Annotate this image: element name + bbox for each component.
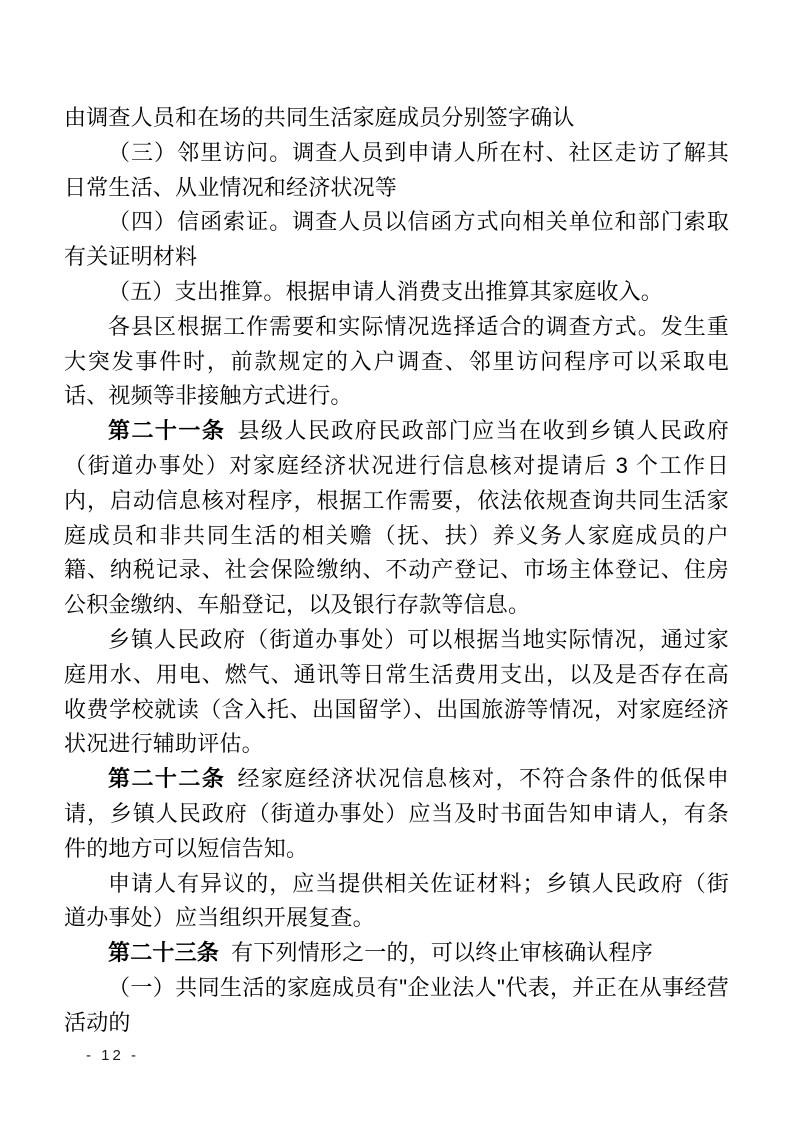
paragraph: 第二十三条有下列情形之一的，可以终止审核确认程序 — [64, 936, 729, 971]
paragraph: （四）信函索证。调查人员以信函方式向相关单位和部门索取有关证明材料 — [64, 205, 729, 275]
paragraph: （一）共同生活的家庭成员有"企业法人"代表，并正在从事经营活动的 — [64, 971, 729, 1041]
paragraph: （五）支出推算。根据申请人消费支出推算其家庭收入。 — [64, 275, 729, 310]
article-number-label: 第二十一条 — [108, 418, 225, 443]
paragraph: 由调查人员和在场的共同生活家庭成员分别签字确认 — [64, 101, 729, 136]
paragraph-text: 有下列情形之一的，可以终止审核确认程序 — [231, 940, 653, 965]
paragraph: 第二十二条经家庭经济状况信息核对，不符合条件的低保申请，乡镇人民政府（街道办事处… — [64, 762, 729, 866]
document-body: 由调查人员和在场的共同生活家庭成员分别签字确认 （三）邻里访问。调查人员到申请人… — [64, 101, 729, 1041]
paragraph-text: （三）邻里访问。调查人员到申请人所在村、社区走访了解其日常生活、从业情况和经济状… — [64, 140, 729, 200]
paragraph-text: 申请人有异议的，应当提供相关佐证材料；乡镇人民政府（街道办事处）应当组织开展复查… — [64, 871, 729, 931]
article-number-label: 第二十二条 — [108, 766, 225, 791]
paragraph-text: 各县区根据工作需要和实际情况选择适合的调查方式。发生重大突发事件时，前款规定的入… — [64, 314, 729, 409]
paragraph-text: （一）共同生活的家庭成员有"企业法人"代表，并正在从事经营活动的 — [64, 975, 729, 1035]
page-number: - 12 - — [86, 1046, 139, 1066]
paragraph-text: 县级人民政府民政部门应当在收到乡镇人民政府（街道办事处）对家庭经济状况进行信息核… — [64, 418, 729, 617]
paragraph-text: 乡镇人民政府（街道办事处）可以根据当地实际情况，通过家庭用水、用电、燃气、通讯等… — [64, 627, 729, 756]
paragraph: 申请人有异议的，应当提供相关佐证材料；乡镇人民政府（街道办事处）应当组织开展复查… — [64, 867, 729, 937]
paragraph: 第二十一条县级人民政府民政部门应当在收到乡镇人民政府（街道办事处）对家庭经济状况… — [64, 414, 729, 623]
paragraph: 乡镇人民政府（街道办事处）可以根据当地实际情况，通过家庭用水、用电、燃气、通讯等… — [64, 623, 729, 762]
paragraph-text: 由调查人员和在场的共同生活家庭成员分别签字确认 — [64, 105, 575, 130]
paragraph: （三）邻里访问。调查人员到申请人所在村、社区走访了解其日常生活、从业情况和经济状… — [64, 136, 729, 206]
document-page: 由调查人员和在场的共同生活家庭成员分别签字确认 （三）邻里访问。调查人员到申请人… — [0, 0, 793, 1122]
paragraph: 各县区根据工作需要和实际情况选择适合的调查方式。发生重大突发事件时，前款规定的入… — [64, 310, 729, 414]
paragraph-text: （四）信函索证。调查人员以信函方式向相关单位和部门索取有关证明材料 — [64, 209, 729, 269]
paragraph-text: （五）支出推算。根据申请人消费支出推算其家庭收入。 — [108, 279, 663, 304]
article-number-label: 第二十三条 — [108, 940, 219, 965]
